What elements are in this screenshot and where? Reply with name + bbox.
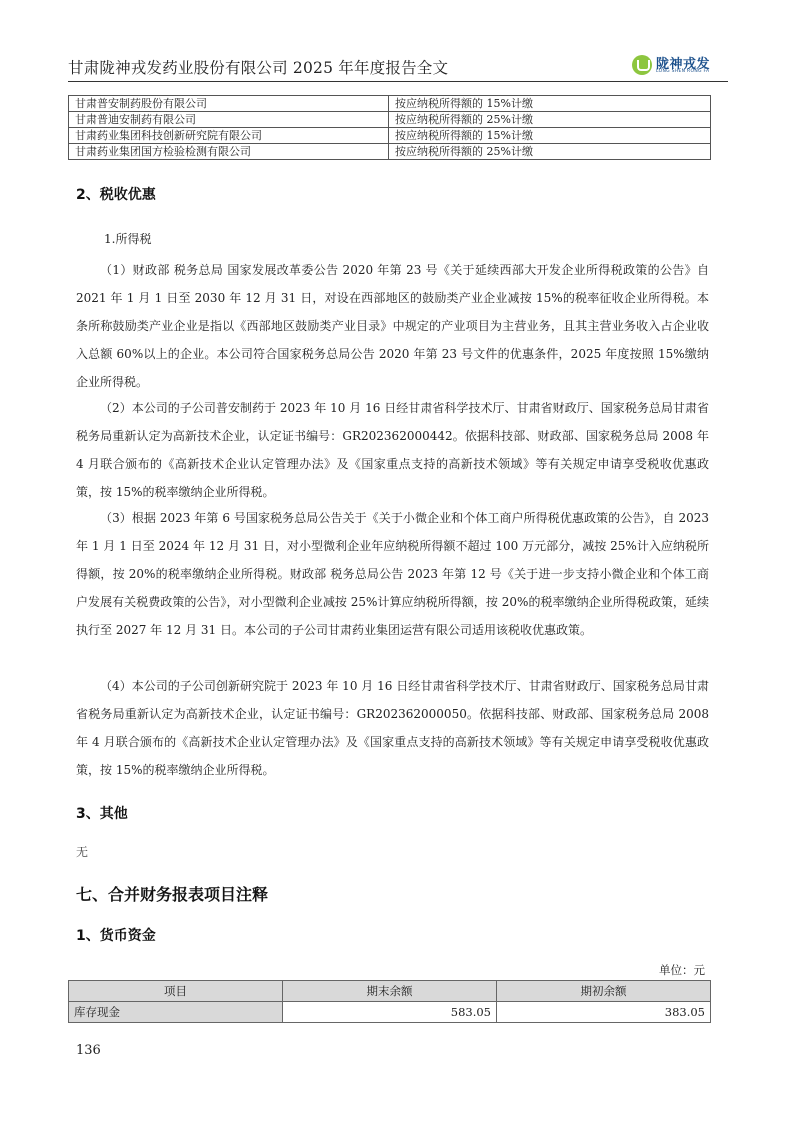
- company-logo-icon: [632, 55, 652, 75]
- section-heading-notes: 七、合并财务报表项目注释: [76, 882, 268, 905]
- table-row: 甘肃药业集团国方检验检测有限公司 按应纳税所得额的 25%计缴: [69, 144, 711, 160]
- paragraph-4: （4）本公司的子公司创新研究院于 2023 年 10 月 16 日经甘肃省科学技…: [76, 672, 709, 784]
- tax-rate-table: 甘肃普安制药股份有限公司 按应纳税所得额的 15%计缴 甘肃普迪安制药有限公司 …: [68, 95, 711, 160]
- table-row: 库存现金 583.05 383.05: [69, 1002, 711, 1023]
- entity-cell: 甘肃普安制药股份有限公司: [69, 96, 389, 112]
- table-row: 甘肃普安制药股份有限公司 按应纳税所得额的 15%计缴: [69, 96, 711, 112]
- header-end-balance: 期末余额: [283, 981, 497, 1002]
- page-number: 136: [76, 1043, 101, 1058]
- entity-cell: 甘肃药业集团国方检验检测有限公司: [69, 144, 389, 160]
- rate-cell: 按应纳税所得额的 25%计缴: [389, 112, 711, 128]
- company-logo: 陇神戎发 LONG SHEN RONG FA: [632, 52, 728, 78]
- section-heading-tax-incentives: 2、税收优惠: [76, 184, 156, 204]
- rate-cell: 按应纳税所得额的 15%计缴: [389, 128, 711, 144]
- paragraph-3: （3）根据 2023 年第 6 号国家税务总局公告关于《关于小微企业和个体工商户…: [76, 504, 709, 644]
- header-item: 项目: [69, 981, 283, 1002]
- rate-cell: 按应纳税所得额的 25%计缴: [389, 144, 711, 160]
- paragraph-1: （1）财政部 税务总局 国家发展改革委公告 2020 年第 23 号《关于延续西…: [76, 256, 709, 396]
- begin-balance-cell: 383.05: [497, 1002, 711, 1023]
- paragraph-2: （2）本公司的子公司普安制药于 2023 年 10 月 16 日经甘肃省科学技术…: [76, 394, 709, 506]
- subheading-income-tax: 1.所得税: [104, 230, 151, 247]
- table-header-row: 项目 期末余额 期初余额: [69, 981, 711, 1002]
- report-title: 甘肃陇神戎发药业股份有限公司 2025 年年度报告全文: [68, 56, 448, 78]
- rate-cell: 按应纳税所得额的 15%计缴: [389, 96, 711, 112]
- subheading-cash: 1、货币资金: [76, 925, 156, 945]
- item-cell: 库存现金: [69, 1002, 283, 1023]
- page-header: 甘肃陇神戎发药业股份有限公司 2025 年年度报告全文 陇神戎发 LONG SH…: [68, 50, 728, 82]
- section-heading-other: 3、其他: [76, 803, 128, 823]
- other-body: 无: [76, 843, 88, 860]
- table-row: 甘肃药业集团科技创新研究院有限公司 按应纳税所得额的 15%计缴: [69, 128, 711, 144]
- cash-table: 项目 期末余额 期初余额 库存现金 583.05 383.05: [68, 980, 711, 1023]
- entity-cell: 甘肃普迪安制药有限公司: [69, 112, 389, 128]
- header-begin-balance: 期初余额: [497, 981, 711, 1002]
- entity-cell: 甘肃药业集团科技创新研究院有限公司: [69, 128, 389, 144]
- unit-label: 单位：元: [659, 962, 705, 978]
- logo-english-text: LONG SHEN RONG FA: [656, 69, 709, 74]
- table-row: 甘肃普迪安制药有限公司 按应纳税所得额的 25%计缴: [69, 112, 711, 128]
- end-balance-cell: 583.05: [283, 1002, 497, 1023]
